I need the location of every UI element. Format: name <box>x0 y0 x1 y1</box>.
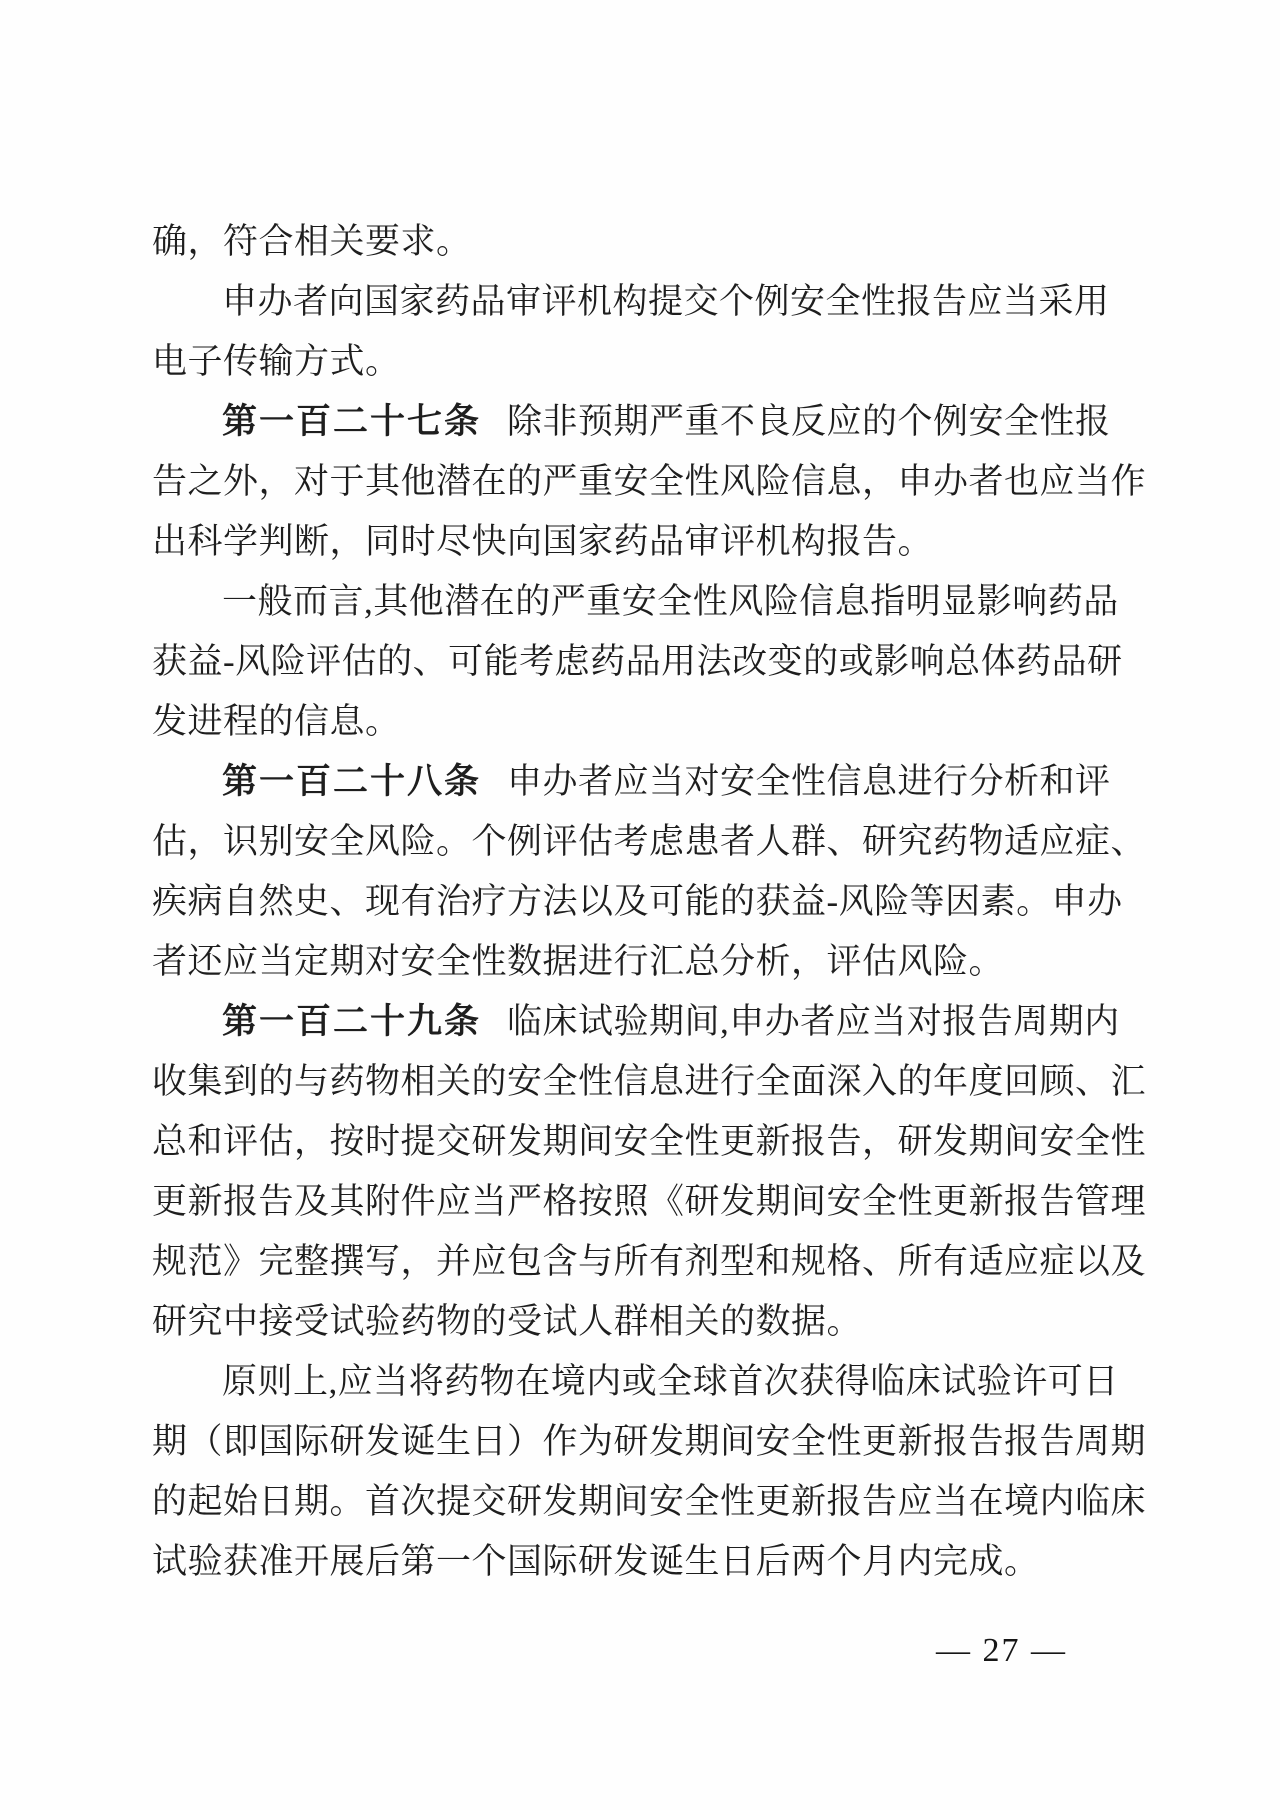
text-line-2: 申办者向国家药品审评机构提交个例安全性报告应当采用 <box>152 272 1112 332</box>
line-text: 总和评估，按时提交研发期间安全性更新报告，研发期间安全性 <box>152 1122 1146 1161</box>
text-line-17: 更新报告及其附件应当严格按照《研发期间安全性更新报告管理 <box>152 1172 1112 1232</box>
page-number: — 27 — <box>936 1632 1067 1670</box>
line-text: 申办者向国家药品审评机构提交个例安全性报告应当采用 <box>222 282 1110 321</box>
text-line-14: 第一百二十九条临床试验期间,申办者应当对报告周期内 <box>152 992 1112 1052</box>
text-line-13: 者还应当定期对安全性数据进行汇总分析，评估风险。 <box>152 932 1112 992</box>
text-line-10: 第一百二十八条申办者应当对安全性信息进行分析和评 <box>152 752 1112 812</box>
document-text-block: 确，符合相关要求。申办者向国家药品审评机构提交个例安全性报告应当采用电子传输方式… <box>152 212 1112 1592</box>
line-text: 临床试验期间,申办者应当对报告周期内 <box>507 1002 1120 1041</box>
line-text: 的起始日期。首次提交研发期间安全性更新报告应当在境内临床 <box>152 1482 1146 1521</box>
text-line-5: 告之外，对于其他潜在的严重安全性风险信息，申办者也应当作 <box>152 452 1112 512</box>
text-line-12: 疾病自然史、现有治疗方法以及可能的获益-风险等因素。申办 <box>152 872 1112 932</box>
article-number: 第一百二十七条 <box>222 402 481 441</box>
line-text: 一般而言,其他潜在的严重安全性风险信息指明显影响药品 <box>222 582 1119 621</box>
line-text: 疾病自然史、现有治疗方法以及可能的获益-风险等因素。申办 <box>152 882 1123 921</box>
line-text: 收集到的与药物相关的安全性信息进行全面深入的年度回顾、汇 <box>152 1062 1146 1101</box>
text-line-3: 电子传输方式。 <box>152 332 1112 392</box>
document-page: 确，符合相关要求。申办者向国家药品审评机构提交个例安全性报告应当采用电子传输方式… <box>0 0 1280 1810</box>
text-line-4: 第一百二十七条除非预期严重不良反应的个例安全性报 <box>152 392 1112 452</box>
line-text: 电子传输方式。 <box>152 342 401 381</box>
line-text: 确，符合相关要求。 <box>152 222 472 261</box>
line-text: 研究中接受试验药物的受试人群相关的数据。 <box>152 1302 862 1341</box>
line-text: 申办者应当对安全性信息进行分析和评 <box>507 762 1111 801</box>
line-text: 规范》完整撰写，并应包含与所有剂型和规格、所有适应症以及 <box>152 1242 1146 1281</box>
text-line-18: 规范》完整撰写，并应包含与所有剂型和规格、所有适应症以及 <box>152 1232 1112 1292</box>
text-line-9: 发进程的信息。 <box>152 692 1112 752</box>
line-text: 更新报告及其附件应当严格按照《研发期间安全性更新报告管理 <box>152 1182 1146 1221</box>
line-text: 告之外，对于其他潜在的严重安全性风险信息，申办者也应当作 <box>152 462 1146 501</box>
text-line-20: 原则上,应当将药物在境内或全球首次获得临床试验许可日 <box>152 1352 1112 1412</box>
line-text: 估，识别安全风险。个例评估考虑患者人群、研究药物适应症、 <box>152 822 1146 861</box>
line-text: 获益-风险评估的、可能考虑药品用法改变的或影响总体药品研 <box>152 642 1123 681</box>
text-line-19: 研究中接受试验药物的受试人群相关的数据。 <box>152 1292 1112 1352</box>
text-line-23: 试验获准开展后第一个国际研发诞生日后两个月内完成。 <box>152 1532 1112 1592</box>
line-text: 除非预期严重不良反应的个例安全性报 <box>507 402 1111 441</box>
text-line-1: 确，符合相关要求。 <box>152 212 1112 272</box>
text-line-16: 总和评估，按时提交研发期间安全性更新报告，研发期间安全性 <box>152 1112 1112 1172</box>
line-text: 出科学判断，同时尽快向国家药品审评机构报告。 <box>152 522 933 561</box>
text-line-8: 获益-风险评估的、可能考虑药品用法改变的或影响总体药品研 <box>152 632 1112 692</box>
line-text: 试验获准开展后第一个国际研发诞生日后两个月内完成。 <box>152 1542 1040 1581</box>
text-line-15: 收集到的与药物相关的安全性信息进行全面深入的年度回顾、汇 <box>152 1052 1112 1112</box>
article-number: 第一百二十九条 <box>222 1002 481 1041</box>
text-line-21: 期（即国际研发诞生日）作为研发期间安全性更新报告报告周期 <box>152 1412 1112 1472</box>
line-text: 期（即国际研发诞生日）作为研发期间安全性更新报告报告周期 <box>152 1422 1146 1461</box>
line-text: 发进程的信息。 <box>152 702 401 741</box>
text-line-7: 一般而言,其他潜在的严重安全性风险信息指明显影响药品 <box>152 572 1112 632</box>
text-line-22: 的起始日期。首次提交研发期间安全性更新报告应当在境内临床 <box>152 1472 1112 1532</box>
article-number: 第一百二十八条 <box>222 762 481 801</box>
line-text: 者还应当定期对安全性数据进行汇总分析，评估风险。 <box>152 942 1004 981</box>
line-text: 原则上,应当将药物在境内或全球首次获得临床试验许可日 <box>222 1362 1119 1401</box>
text-line-6: 出科学判断，同时尽快向国家药品审评机构报告。 <box>152 512 1112 572</box>
text-line-11: 估，识别安全风险。个例评估考虑患者人群、研究药物适应症、 <box>152 812 1112 872</box>
